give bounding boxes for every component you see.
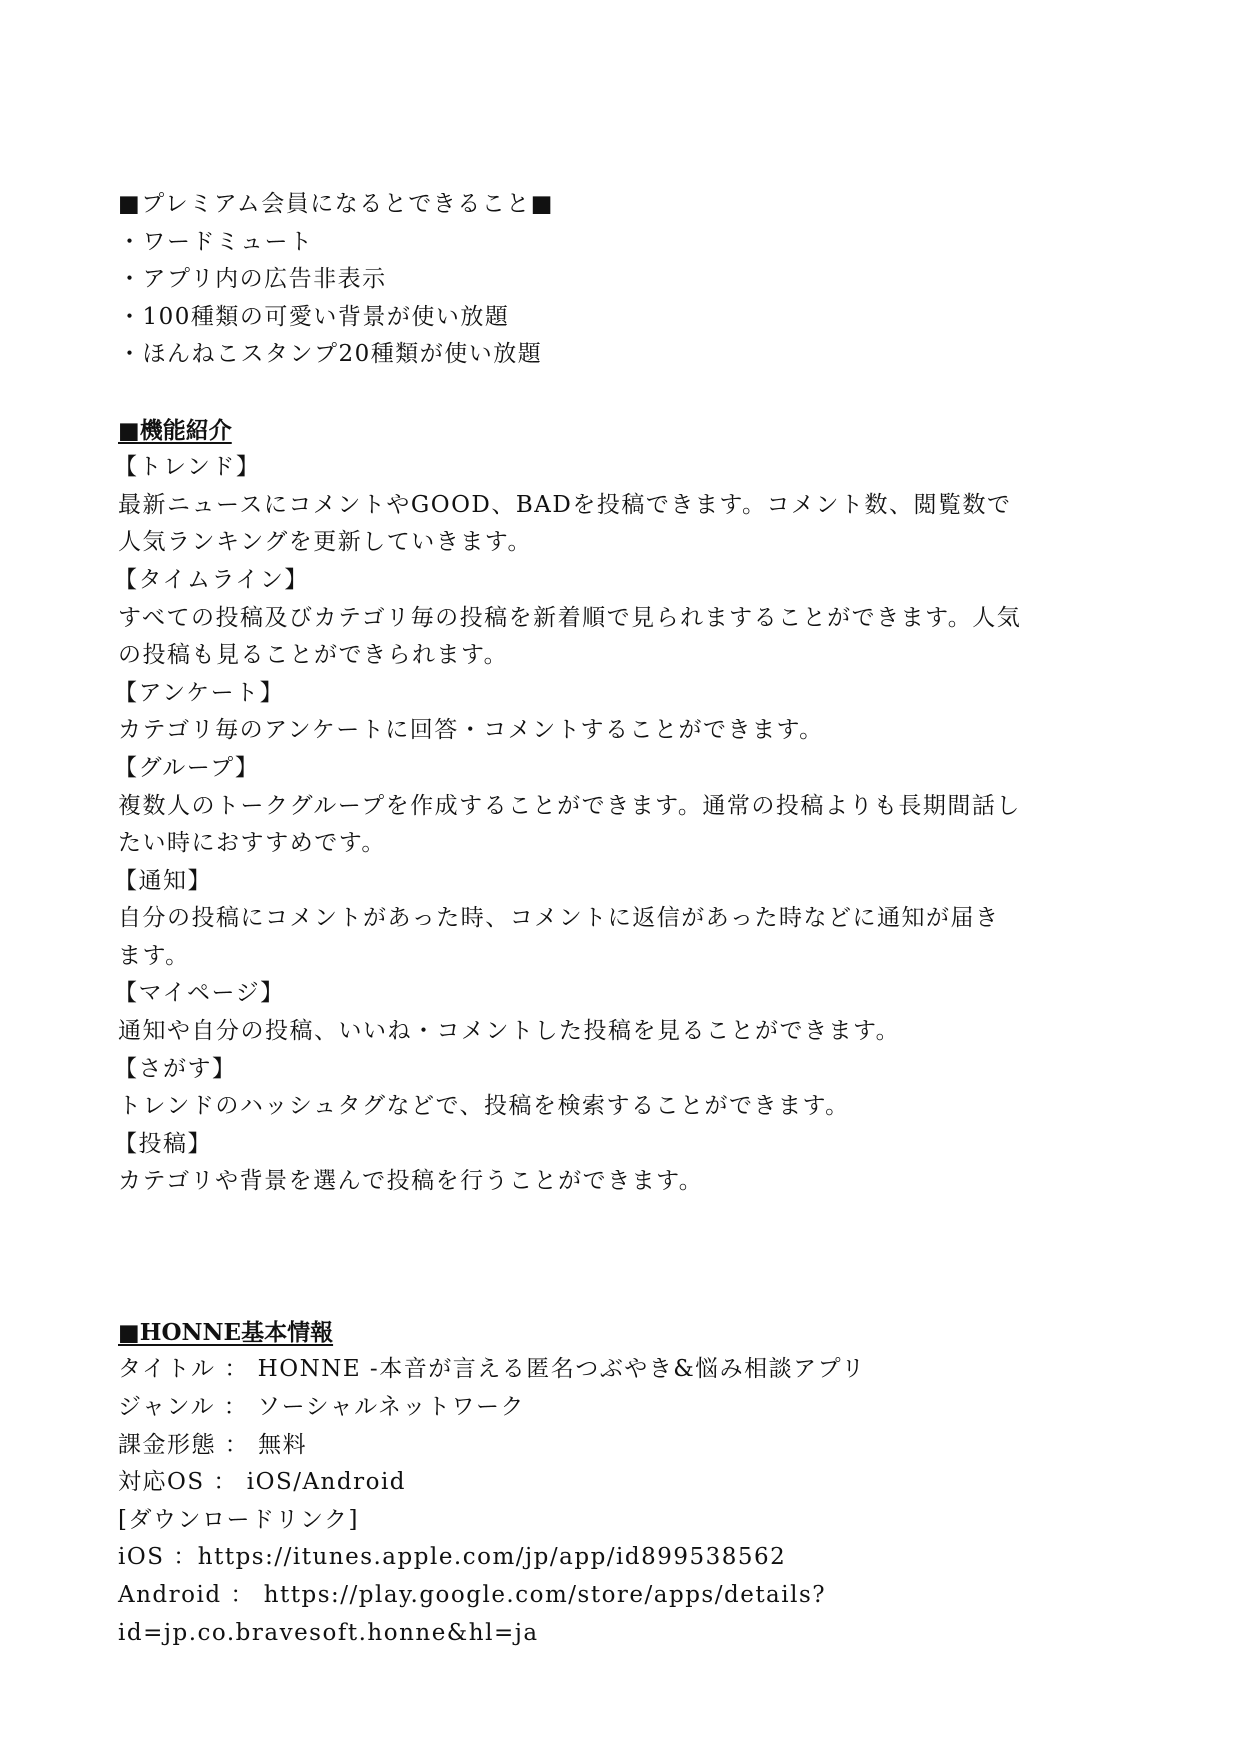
feature-text: 人気ランキングを更新していきます。	[118, 524, 1078, 562]
feature-label-survey: 【アンケート】	[114, 675, 1078, 713]
android-link-row: Android ： https://play.google.com/store/…	[118, 1577, 1078, 1615]
feature-label-post: 【投稿】	[114, 1126, 1078, 1164]
premium-item: ・100種類の可愛い背景が使い放題	[118, 299, 1078, 337]
spacer	[118, 374, 1078, 412]
ios-prefix: iOS ：	[118, 1544, 198, 1570]
spacer	[118, 1276, 1078, 1314]
features-heading: ■機能紹介	[118, 412, 1078, 450]
feature-text: たい時におすすめです。	[118, 825, 1078, 863]
feature-text: 複数人のトークグループを作成することができます。通常の投稿よりも長期間話し	[118, 788, 1078, 826]
premium-title: ■プレミアム会員になるとできること■	[118, 186, 1078, 224]
android-link[interactable]: https://play.google.com/store/apps/detai…	[264, 1582, 826, 1608]
feature-text: カテゴリ毎のアンケートに回答・コメントすることができます。	[118, 712, 1078, 750]
premium-item: ・ワードミュート	[118, 224, 1078, 262]
document-page: ■プレミアム会員になるとできること■ ・ワードミュート ・アプリ内の広告非表示 …	[118, 186, 1078, 1652]
android-link-continued[interactable]: id=jp.co.bravesoft.honne&hl=ja	[118, 1615, 1078, 1653]
feature-text: 通知や自分の投稿、いいね・コメントした投稿を見ることができます。	[118, 1013, 1078, 1051]
feature-label-search: 【さがす】	[114, 1051, 1078, 1089]
feature-text: ます。	[118, 938, 1078, 976]
basic-info-heading: ■HONNE基本情報	[118, 1314, 1078, 1352]
premium-item: ・ほんねこスタンプ20種類が使い放題	[118, 336, 1078, 374]
download-label: [ダウンロードリンク]	[118, 1502, 1078, 1540]
feature-text: トレンドのハッシュタグなどで、投稿を検索することができます。	[118, 1088, 1078, 1126]
feature-label-trend: 【トレンド】	[114, 449, 1078, 487]
info-genre-row: ジャンル ： ソーシャルネットワーク	[118, 1389, 1078, 1427]
feature-text: 自分の投稿にコメントがあった時、コメントに返信があった時などに通知が届き	[118, 900, 1078, 938]
info-title-row: タイトル ： HONNE -本音が言える匿名つぶやき&悩み相談アプリ	[118, 1351, 1078, 1389]
feature-label-timeline: 【タイムライン】	[114, 562, 1078, 600]
info-billing-row: 課金形態 ： 無料	[118, 1427, 1078, 1465]
feature-text: の投稿も見ることができられます。	[118, 637, 1078, 675]
ios-link[interactable]: https://itunes.apple.com/jp/app/id899538…	[198, 1544, 787, 1570]
feature-text: すべての投稿及びカテゴリ毎の投稿を新着順で見られますることができます。人気	[118, 600, 1078, 638]
feature-label-mypage: 【マイページ】	[114, 975, 1078, 1013]
feature-label-notification: 【通知】	[114, 863, 1078, 901]
premium-item: ・アプリ内の広告非表示	[118, 261, 1078, 299]
feature-text: カテゴリや背景を選んで投稿を行うことができます。	[118, 1163, 1078, 1201]
ios-link-row: iOS ：https://itunes.apple.com/jp/app/id8…	[118, 1539, 1078, 1577]
feature-text: 最新ニュースにコメントやGOOD、BADを投稿できます。コメント数、閲覧数で	[118, 487, 1078, 525]
feature-label-group: 【グループ】	[114, 750, 1078, 788]
spacer	[118, 1201, 1078, 1276]
info-os-row: 対応OS ： iOS/Android	[118, 1464, 1078, 1502]
android-prefix: Android ：	[118, 1582, 264, 1608]
